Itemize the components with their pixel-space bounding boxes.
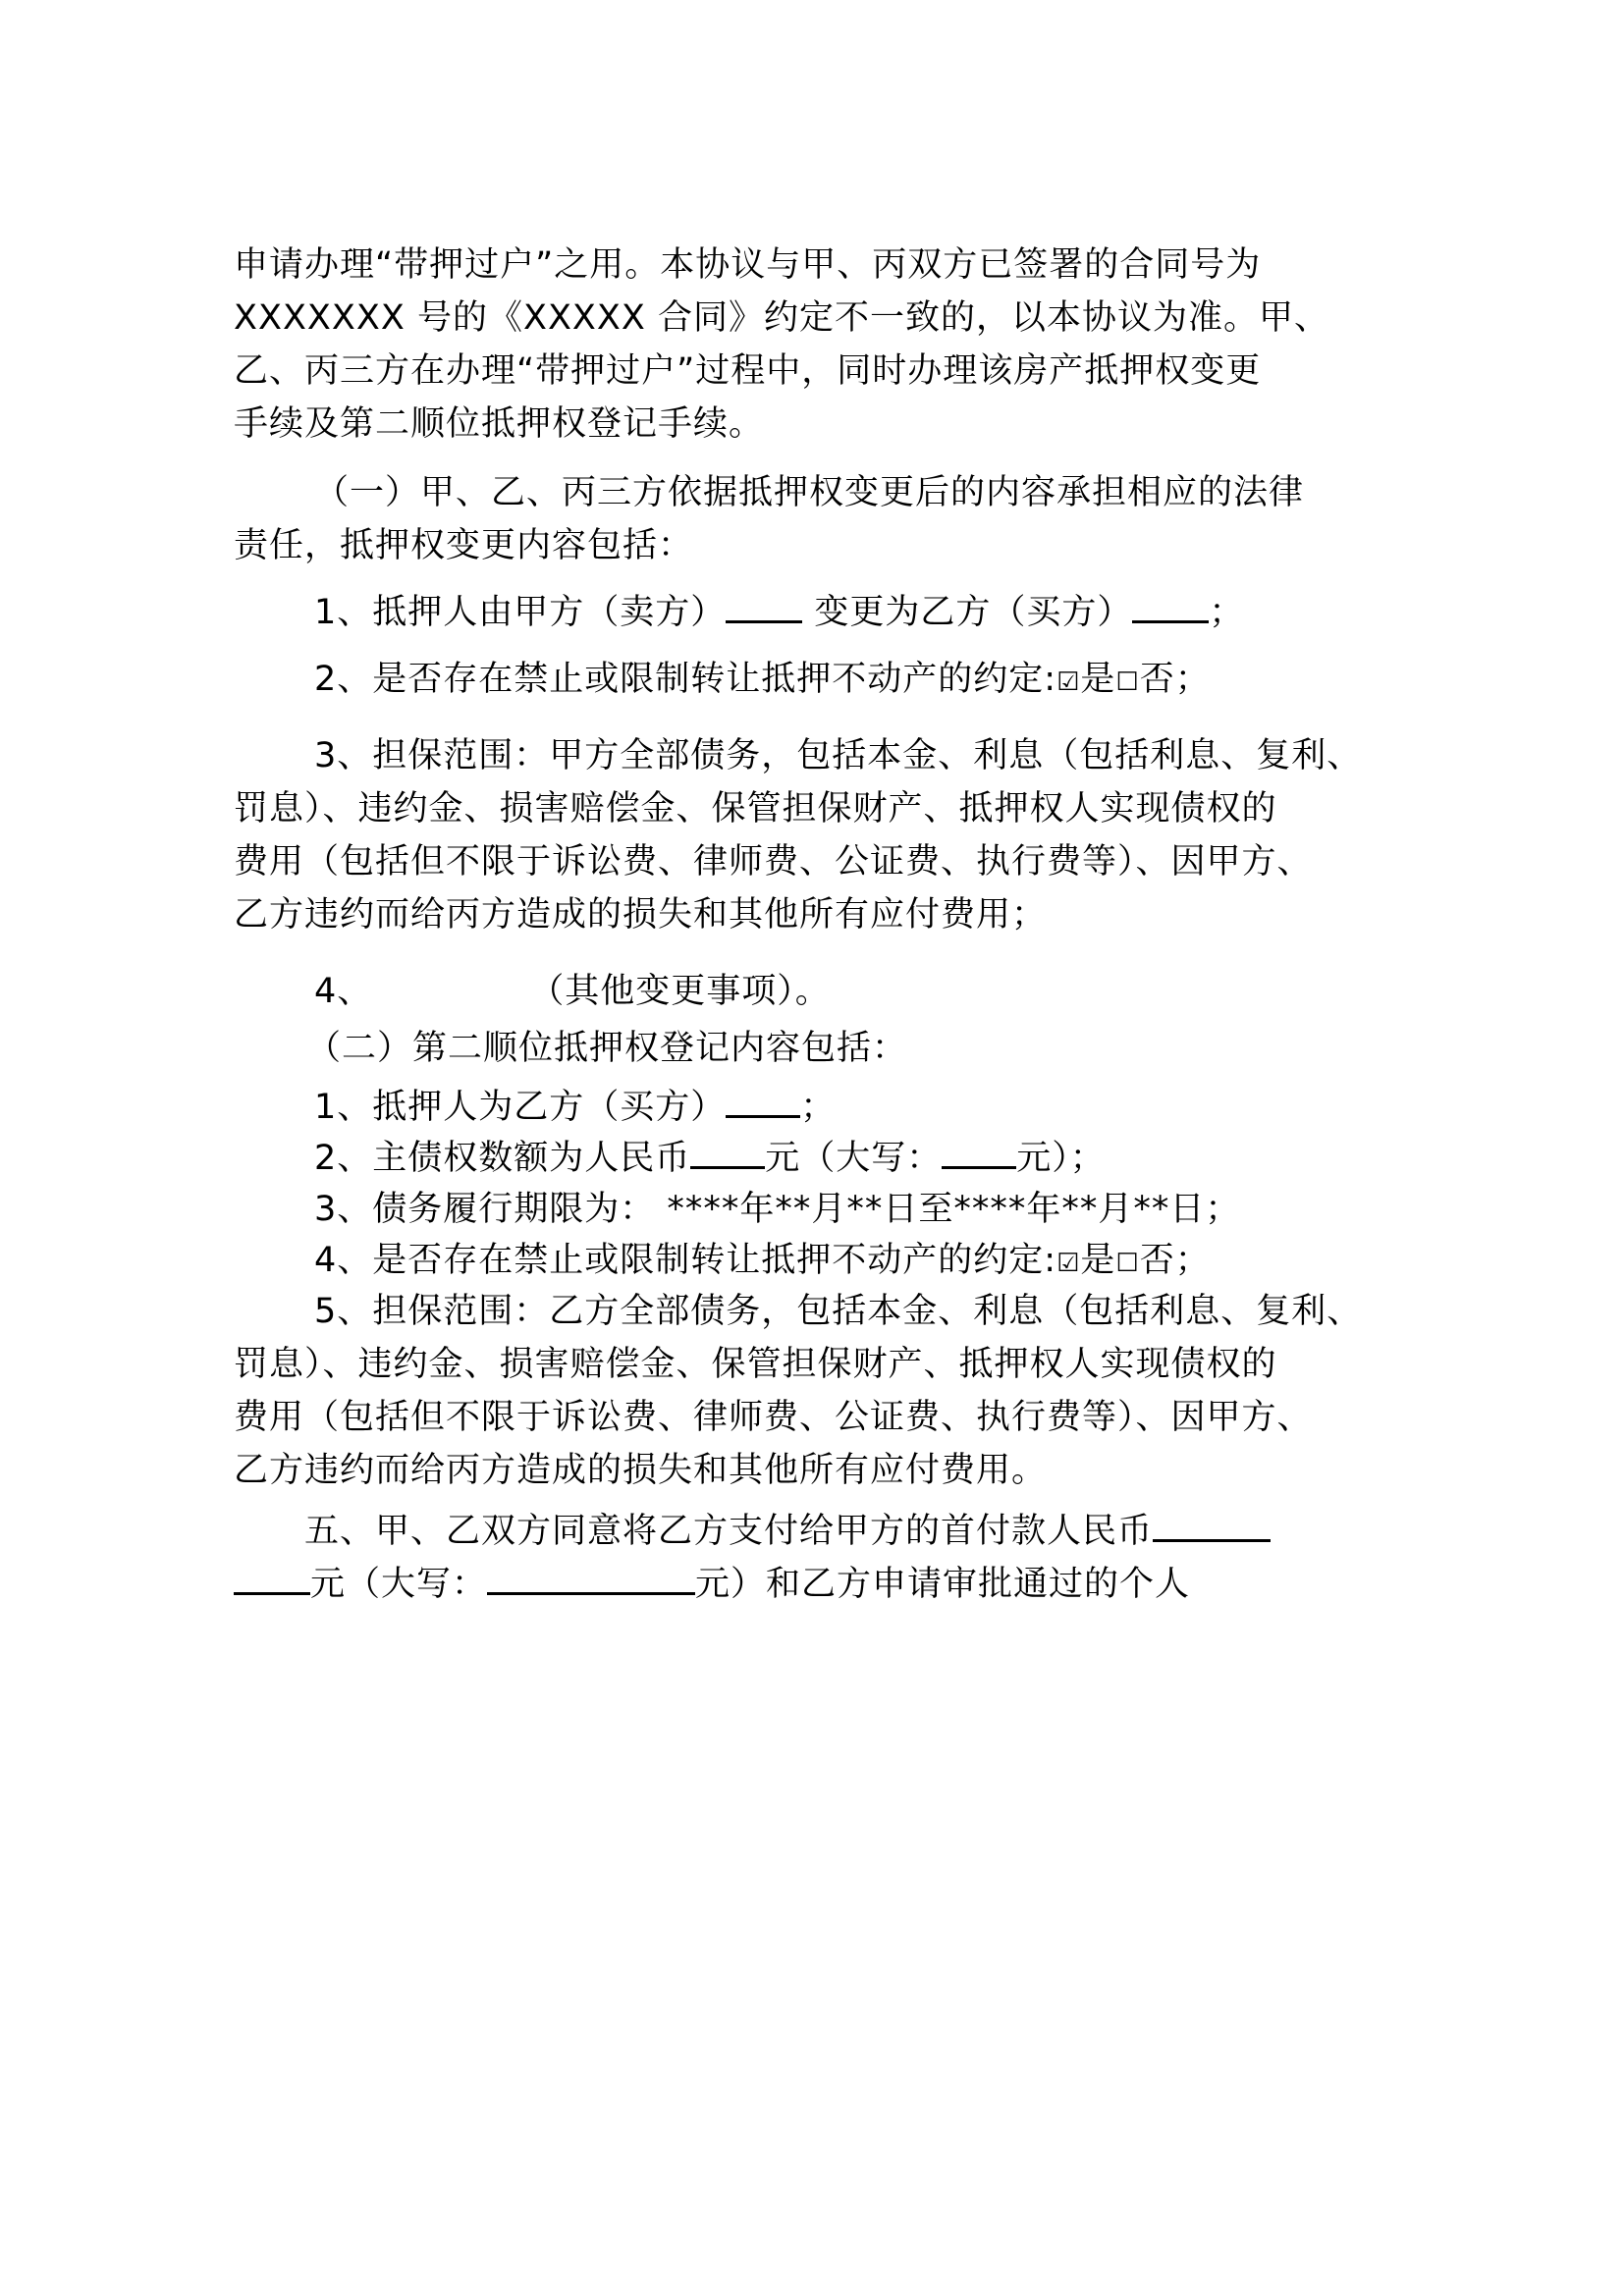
item-text: 4、 bbox=[314, 972, 372, 1011]
item-text: 变更为乙方（买方） bbox=[802, 593, 1132, 632]
amount-blank[interactable] bbox=[690, 1137, 765, 1169]
clause-five-cont: 元（大写：元）和乙方申请审批通过的个人 bbox=[234, 1563, 1190, 1606]
amount-words-blank[interactable] bbox=[487, 1563, 695, 1595]
clause-five: 五、甲、乙双方同意将乙方支付给甲方的首付款人民币 bbox=[304, 1510, 1271, 1553]
paragraph-line: 手续及第二顺位抵押权登记手续。 bbox=[234, 402, 764, 446]
paragraph-line: 乙方违约而给丙方造成的损失和其他所有应付费用； bbox=[234, 893, 1047, 936]
paragraph-line: 责任，抵押权变更内容包括： bbox=[234, 524, 693, 567]
item-transfer-restriction: 2、是否存在禁止或限制转让抵押不动产的约定:☑是☐否； bbox=[314, 658, 1211, 704]
down-payment-blank-cont[interactable] bbox=[234, 1563, 310, 1595]
paragraph-line: 申请办理“带押过户”之用。本协议与甲、丙双方已签署的合同号为 bbox=[234, 243, 1261, 287]
checkbox-unchecked-icon[interactable]: ☐ bbox=[1115, 1249, 1139, 1278]
checkbox-checked-icon[interactable]: ☑ bbox=[1056, 1249, 1080, 1278]
item-text: 2、是否存在禁止或限制转让抵押不动产的约定: bbox=[314, 660, 1056, 699]
paragraph-line: 乙方违约而给丙方造成的损失和其他所有应付费用。 bbox=[234, 1449, 1047, 1492]
yes-label: 是 bbox=[1080, 660, 1115, 699]
section-heading-2: （二）第二顺位抵押权登记内容包括： bbox=[306, 1027, 907, 1070]
yes-label: 是 bbox=[1080, 1241, 1115, 1280]
paragraph-line: 5、担保范围：乙方全部债务，包括本金、利息（包括利息、复利、 bbox=[314, 1290, 1362, 1333]
paragraph-line: 罚息）、违约金、损害赔偿金、保管担保财产、抵押权人实现债权的 bbox=[234, 1343, 1277, 1386]
down-payment-blank[interactable] bbox=[1153, 1510, 1271, 1542]
amount-words-blank[interactable] bbox=[942, 1137, 1016, 1169]
checkbox-unchecked-icon[interactable]: ☐ bbox=[1115, 667, 1139, 697]
section-heading-1: （一）甲、乙、丙三方依据抵押权变更后的内容承担相应的法律 bbox=[314, 471, 1304, 514]
seller-blank[interactable] bbox=[726, 591, 802, 623]
item-text: 2、主债权数额为人民币 bbox=[314, 1139, 690, 1178]
item-mortgagor-buyer: 1、抵押人为乙方（买方）； bbox=[314, 1086, 836, 1129]
paragraph-line: 罚息）、违约金、损害赔偿金、保管担保财产、抵押权人实现债权的 bbox=[234, 787, 1277, 830]
no-label: 否； bbox=[1140, 660, 1211, 699]
item-text: ； bbox=[800, 1088, 836, 1127]
item-text: ； bbox=[1209, 593, 1244, 632]
item-text: 元（大写： bbox=[765, 1139, 942, 1178]
buyer-blank[interactable] bbox=[1132, 591, 1209, 623]
paragraph-line: 3、担保范围：甲方全部债务，包括本金、利息（包括利息、复利、 bbox=[314, 734, 1362, 777]
item-text: 元（大写： bbox=[310, 1565, 487, 1604]
paragraph-line: 乙、丙三方在办理“带押过户”过程中，同时办理该房产抵押权变更 bbox=[234, 349, 1261, 393]
buyer-blank[interactable] bbox=[726, 1086, 800, 1118]
paragraph-line: 费用（包括但不限于诉讼费、律师费、公证费、执行费等）、因甲方、 bbox=[234, 1396, 1313, 1439]
item-transfer-restriction: 4、是否存在禁止或限制转让抵押不动产的约定:☑是☐否； bbox=[314, 1239, 1211, 1285]
item-text: （其他变更事项）。 bbox=[529, 972, 831, 1011]
item-text: 元）和乙方申请审批通过的个人 bbox=[695, 1565, 1190, 1604]
paragraph-line: 费用（包括但不限于诉讼费、律师费、公证费、执行费等）、因甲方、 bbox=[234, 840, 1313, 883]
item-text: 1、抵押人为乙方（买方） bbox=[314, 1088, 726, 1127]
item-principal-amount: 2、主债权数额为人民币元（大写：元）； bbox=[314, 1137, 1106, 1180]
checkbox-checked-icon[interactable]: ☑ bbox=[1056, 667, 1080, 697]
item-text: 1、抵押人由甲方（卖方） bbox=[314, 593, 726, 632]
no-label: 否； bbox=[1140, 1241, 1211, 1280]
item-other-changes: 4、（其他变更事项）。 bbox=[314, 970, 831, 1013]
item-text: 五、甲、乙双方同意将乙方支付给甲方的首付款人民币 bbox=[304, 1512, 1153, 1551]
item-term: 3、债务履行期限为： ****年**月**日至****年**月**日； bbox=[314, 1188, 1240, 1231]
item-text: 元）； bbox=[1016, 1139, 1106, 1178]
paragraph-line: XXXXXXX 号的《XXXXX 合同》约定不一致的，以本协议为准。甲、 bbox=[234, 296, 1329, 340]
item-mortgagor-change: 1、抵押人由甲方（卖方） 变更为乙方（买方）； bbox=[314, 591, 1244, 634]
item-text: 4、是否存在禁止或限制转让抵押不动产的约定: bbox=[314, 1241, 1056, 1280]
